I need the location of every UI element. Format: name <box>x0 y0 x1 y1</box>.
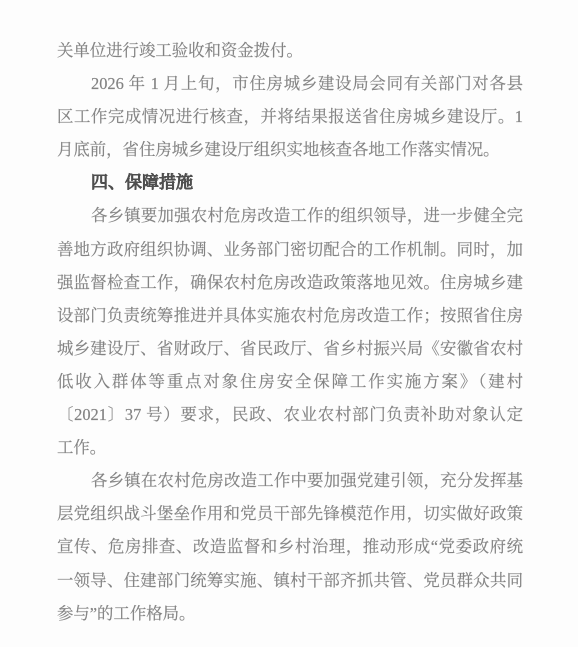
text-line: 城乡建设厅、省财政厅、省民政厅、省乡村振兴局《安徽省农村 <box>57 332 523 365</box>
text-line: 工作。 <box>57 431 523 464</box>
text-line: 善地方政府组织协调、业务部门密切配合的工作机制。同时，加 <box>57 233 523 266</box>
text-line: 一领导、住建部门统筹实施、镇村干部齐抓共管、党员群众共同 <box>57 564 523 597</box>
text-line: 月底前，省住房城乡建设厅组织实地核查各地工作落实情况。 <box>57 133 523 166</box>
text-line: 强监督检查工作，确保农村危房改造政策落地见效。住房城乡建 <box>57 266 523 299</box>
text-line: 各乡镇要加强农村危房改造工作的组织领导，进一步健全完 <box>57 199 523 232</box>
text-line: 〔2021〕37 号）要求，民政、农业农村部门负责补助对象认定 <box>57 398 523 431</box>
text-line: 低收入群体等重点对象住房安全保障工作实施方案》（建村 <box>57 365 523 398</box>
text-line: 参与”的工作格局。 <box>57 597 523 630</box>
text-line: 关单位进行竣工验收和资金拨付。 <box>57 34 523 67</box>
section-heading: 四、保障措施 <box>57 166 523 199</box>
text-line: 2026 年 1 月上旬，市住房城乡建设局会同有关部门对各县 <box>57 67 523 100</box>
text-line: 各乡镇在农村危房改造工作中要加强党建引领，充分发挥基 <box>57 464 523 497</box>
document-text-block: 关单位进行竣工验收和资金拨付。 2026 年 1 月上旬，市住房城乡建设局会同有… <box>57 34 523 630</box>
text-line: 区工作完成情况进行核查，并将结果报送省住房城乡建设厅。1 <box>57 100 523 133</box>
text-line: 层党组织战斗堡垒作用和党员干部先锋模范作用，切实做好政策 <box>57 497 523 530</box>
document-page: 关单位进行竣工验收和资金拨付。 2026 年 1 月上旬，市住房城乡建设局会同有… <box>0 0 578 647</box>
text-line: 设部门负责统筹推进并具体实施农村危房改造工作；按照省住房 <box>57 299 523 332</box>
text-line: 宣传、危房排查、改造监督和乡村治理，推动形成“党委政府统 <box>57 530 523 563</box>
